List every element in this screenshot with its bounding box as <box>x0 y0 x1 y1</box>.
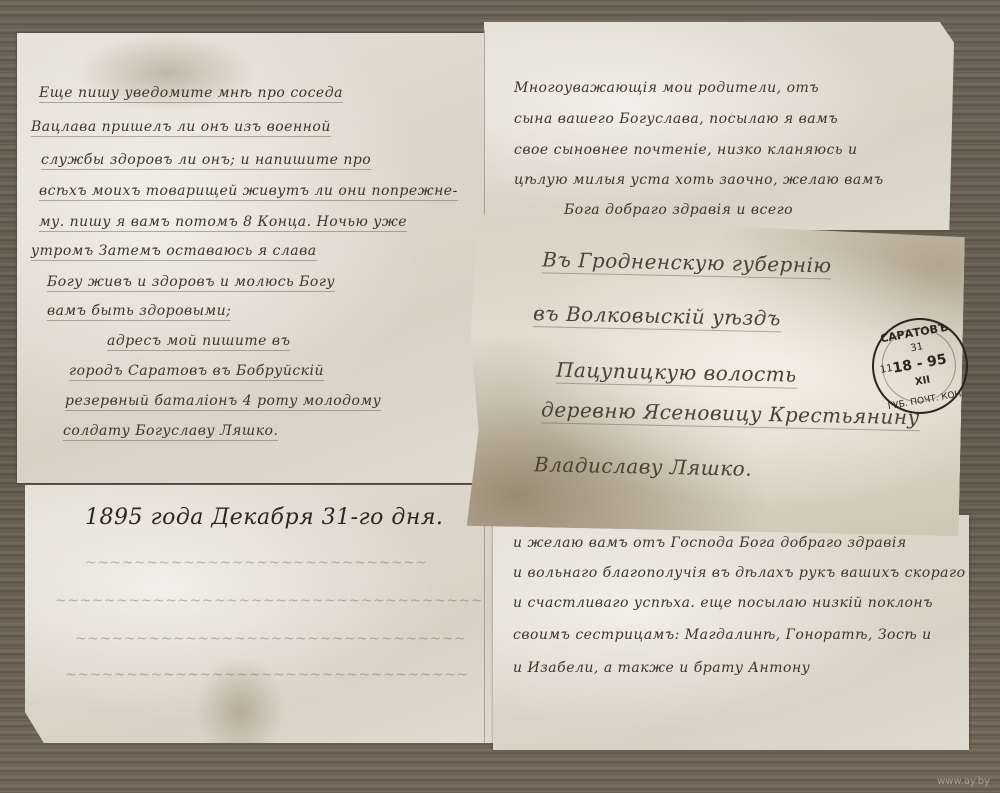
bleed-through-text: ~~~~~~~~~~~~~~~~~~~~~~~~~~~~~~~~~~~ <box>55 593 483 609</box>
letter-line: Бога добраго здравiя и всего <box>564 202 793 218</box>
letter-line: Богу живъ и здоровъ и молюсь Богу <box>47 274 335 292</box>
envelope-address-line: въ Волковыскiй уѣздъ <box>533 301 781 332</box>
date-line: 1895 года Декабря 31-го дня. <box>85 505 443 530</box>
letter-line: и вольнаго благополучiя въ дѣлахъ рукъ в… <box>513 565 966 581</box>
letter-line: му. пишу я вамъ потомъ 8 Конца. Ночью уж… <box>39 214 407 232</box>
letter-line: и желаю вамъ отъ Господа Бога добраго зд… <box>513 535 907 551</box>
letter-sheet-bottom-left: 1895 года Декабря 31-го дня. ~~~~~~~~~~~… <box>25 485 495 743</box>
letter-line: службы здоровъ ли онъ; и напишите про <box>41 152 371 170</box>
letter-line: свое сыновнее почтенiе, низко кланяюсь и <box>514 142 858 158</box>
letter-sheet-top-left: Еще пишу уведомите мнѣ про соседа Вацлав… <box>17 33 484 483</box>
letter-line: Еще пишу уведомите мнѣ про соседа <box>39 85 343 103</box>
letter-line: солдату Богуславу Ляшко. <box>63 423 278 441</box>
letter-line: Многоуважающiя мои родители, отъ <box>514 80 819 96</box>
envelope-address-line: Владиславу Ляшко. <box>534 452 753 481</box>
letter-line: сына вашего Богуслава, посылаю я вамъ <box>514 111 838 127</box>
letter-line: и счастливаго успѣха. еще посылаю низкiй… <box>513 595 933 611</box>
letter-line: Вацлава пришелъ ли онъ изъ военной <box>31 119 331 137</box>
letter-sheet-top-right: Многоуважающiя мои родители, отъ сына ва… <box>484 22 954 230</box>
letter-line: утромъ Затемъ оставаюсь я слава <box>31 243 317 261</box>
letter-line: резервный баталiонъ 4 роту молодому <box>65 393 381 411</box>
envelope-address-line: Въ Гродненскую губернiю <box>542 247 832 279</box>
letter-line: своимъ сестрицамъ: Магдалинѣ, Гоноратѣ, … <box>513 627 932 643</box>
envelope-address-line: Пацупицкую волость <box>556 358 797 389</box>
letter-line: цѣлую милыя уста хоть заочно, желаю вамъ <box>514 172 884 188</box>
letter-line: вамъ быть здоровыми; <box>47 303 231 321</box>
letter-line: адресъ мой пишите въ <box>107 333 290 351</box>
bleed-through-text: ~~~~~~~~~~~~~~~~~~~~~~~~~~~~ <box>85 555 427 571</box>
letter-line: и Изабели, а также и брату Антону <box>513 660 810 676</box>
watermark: www.ay.by <box>937 776 990 787</box>
bleed-through-text: ~~~~~~~~~~~~~~~~~~~~~~~~~~~~~~~~~ <box>65 667 469 683</box>
letter-line: городъ Саратовъ въ Бобруйскiй <box>69 363 324 381</box>
envelope-address-line: деревню Ясеновицу Крестьянину <box>541 397 920 431</box>
letter-sheet-bottom-right: и желаю вамъ отъ Господа Бога добраго зд… <box>493 515 969 750</box>
letter-line: всѣхъ моихъ товарищей живутъ ли они попр… <box>39 183 458 201</box>
bleed-through-text: ~~~~~~~~~~~~~~~~~~~~~~~~~~~~~~~~ <box>75 631 466 647</box>
